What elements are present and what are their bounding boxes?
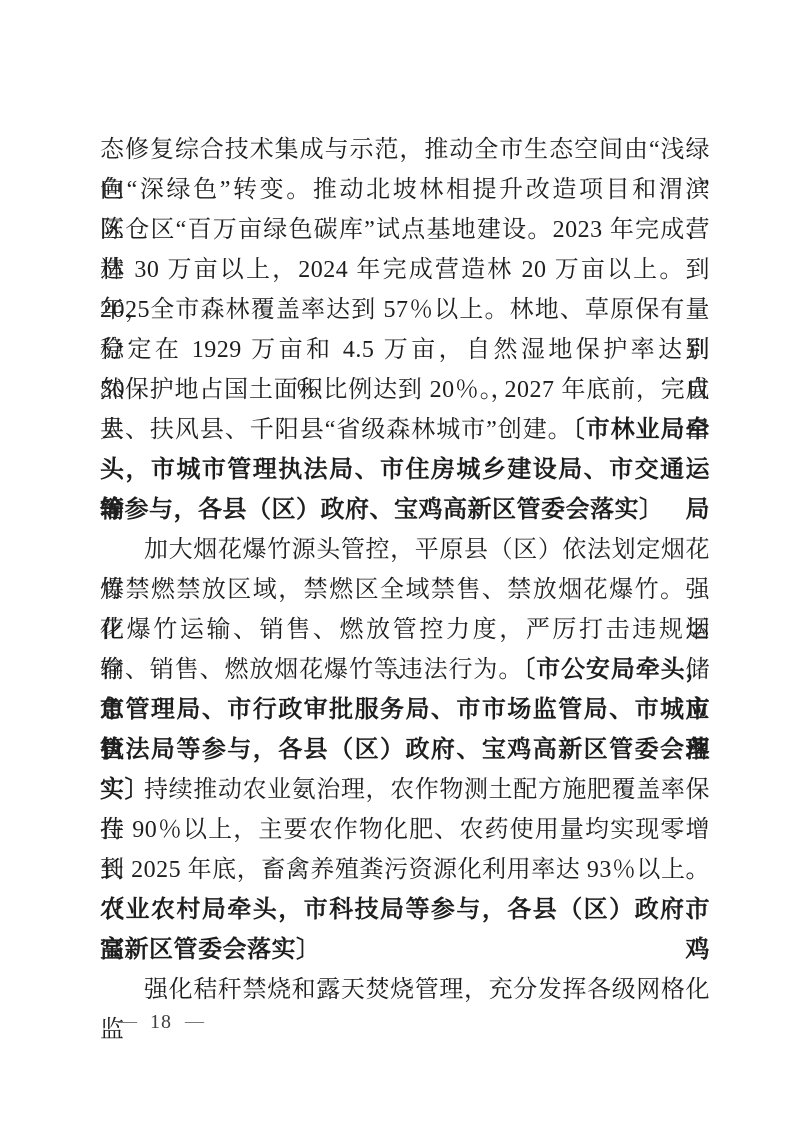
text-line: 存、销售、燃放烟花爆竹等违法行为。〔市公安局牵头，市应 [100, 650, 710, 690]
body-text: 存、销售、燃放烟花爆竹等违法行为。 [100, 657, 523, 683]
text-line: 向“深绿色”转变。推动北坡林相提升改造项目和渭滨区、 [100, 170, 710, 210]
text-line: 稳定在 1929 万亩和 4.5 万亩，自然湿地保护率达到 50％，自 [100, 330, 710, 370]
page-number: 18 [150, 1011, 172, 1034]
responsibility-clause-text: 等参与，各县（区）政府、宝鸡高新区管委会落实〕 [100, 497, 664, 523]
text-line: 县、扶风县、千阳县“省级森林城市”创建。〔市林业局牵 [100, 410, 710, 450]
page-footer: — 18 — [118, 1006, 204, 1038]
text-line: 头，市城市管理执法局、市住房城乡建设局、市交通运输局 [100, 450, 710, 490]
text-line: 态修复综合技术集成与示范，推动全市生态空间由“浅绿色” [100, 130, 710, 170]
text-line: 农业农村局牵头，市科技局等参与，各县（区）政府、宝鸡 [100, 890, 710, 930]
text-line: 强化秸秆禁烧和露天焚烧管理，充分发挥各级网格化监 [100, 970, 710, 1010]
text-line: 竹禁燃禁放区域，禁燃区全域禁售、禁放烟花爆竹。强化烟 [100, 570, 710, 610]
text-line: 加大烟花爆竹源头管控，平原县（区）依法划定烟花爆 [100, 530, 710, 570]
text-body: 态修复综合技术集成与示范，推动全市生态空间由“浅绿色”向“深绿色”转变。推动北坡… [100, 130, 710, 1010]
text-line: 花爆竹运输、销售、燃放管控力度，严厉打击违规运输、储 [100, 610, 710, 650]
text-line: 执法局等参与，各县（区）政府、宝鸡高新区管委会落实〕 [100, 730, 710, 770]
responsibility-clause-text: 〔市林业局牵 [573, 417, 710, 443]
text-line: 等参与，各县（区）政府、宝鸡高新区管委会落实〕 [100, 490, 710, 530]
responsibility-clause-text: 高新区管委会落实〕 [100, 937, 321, 963]
text-line: 到 2025 年底，畜禽养殖粪污资源化利用率达 93％以上。〔市 [100, 850, 710, 890]
text-line: 急管理局、市行政审批服务局、市市场监管局、市城市管理 [100, 690, 710, 730]
text-line: 持续推动农业氨治理，农作物测土配方施肥覆盖率保持 [100, 770, 710, 810]
body-text: 县、扶风县、千阳县“省级森林城市”创建。 [100, 417, 573, 443]
footer-dash-right: — [185, 1011, 204, 1033]
text-line: 林 30 万亩以上，2024 年完成营造林 20 万亩以上。到 2025 [100, 250, 710, 290]
text-line: 陈仓区“百万亩绿色碳库”试点基地建设。2023 年完成营造 [100, 210, 710, 250]
document-page: 态修复综合技术集成与示范，推动全市生态空间由“浅绿色”向“深绿色”转变。推动北坡… [0, 0, 800, 1131]
body-text: 到 2025 年底，畜禽养殖粪污资源化利用率达 93％以上。 [100, 857, 710, 883]
text-line: 在 90％以上，主要农作物化肥、农药使用量均实现零增长。 [100, 810, 710, 850]
text-line: 然保护地占国土面积比例达到 20％。2027 年底前，完成太白 [100, 370, 710, 410]
text-line: 年，全市森林覆盖率达到 57％以上。林地、草原保有量分别 [100, 290, 710, 330]
footer-dash-left: — [118, 1011, 137, 1033]
